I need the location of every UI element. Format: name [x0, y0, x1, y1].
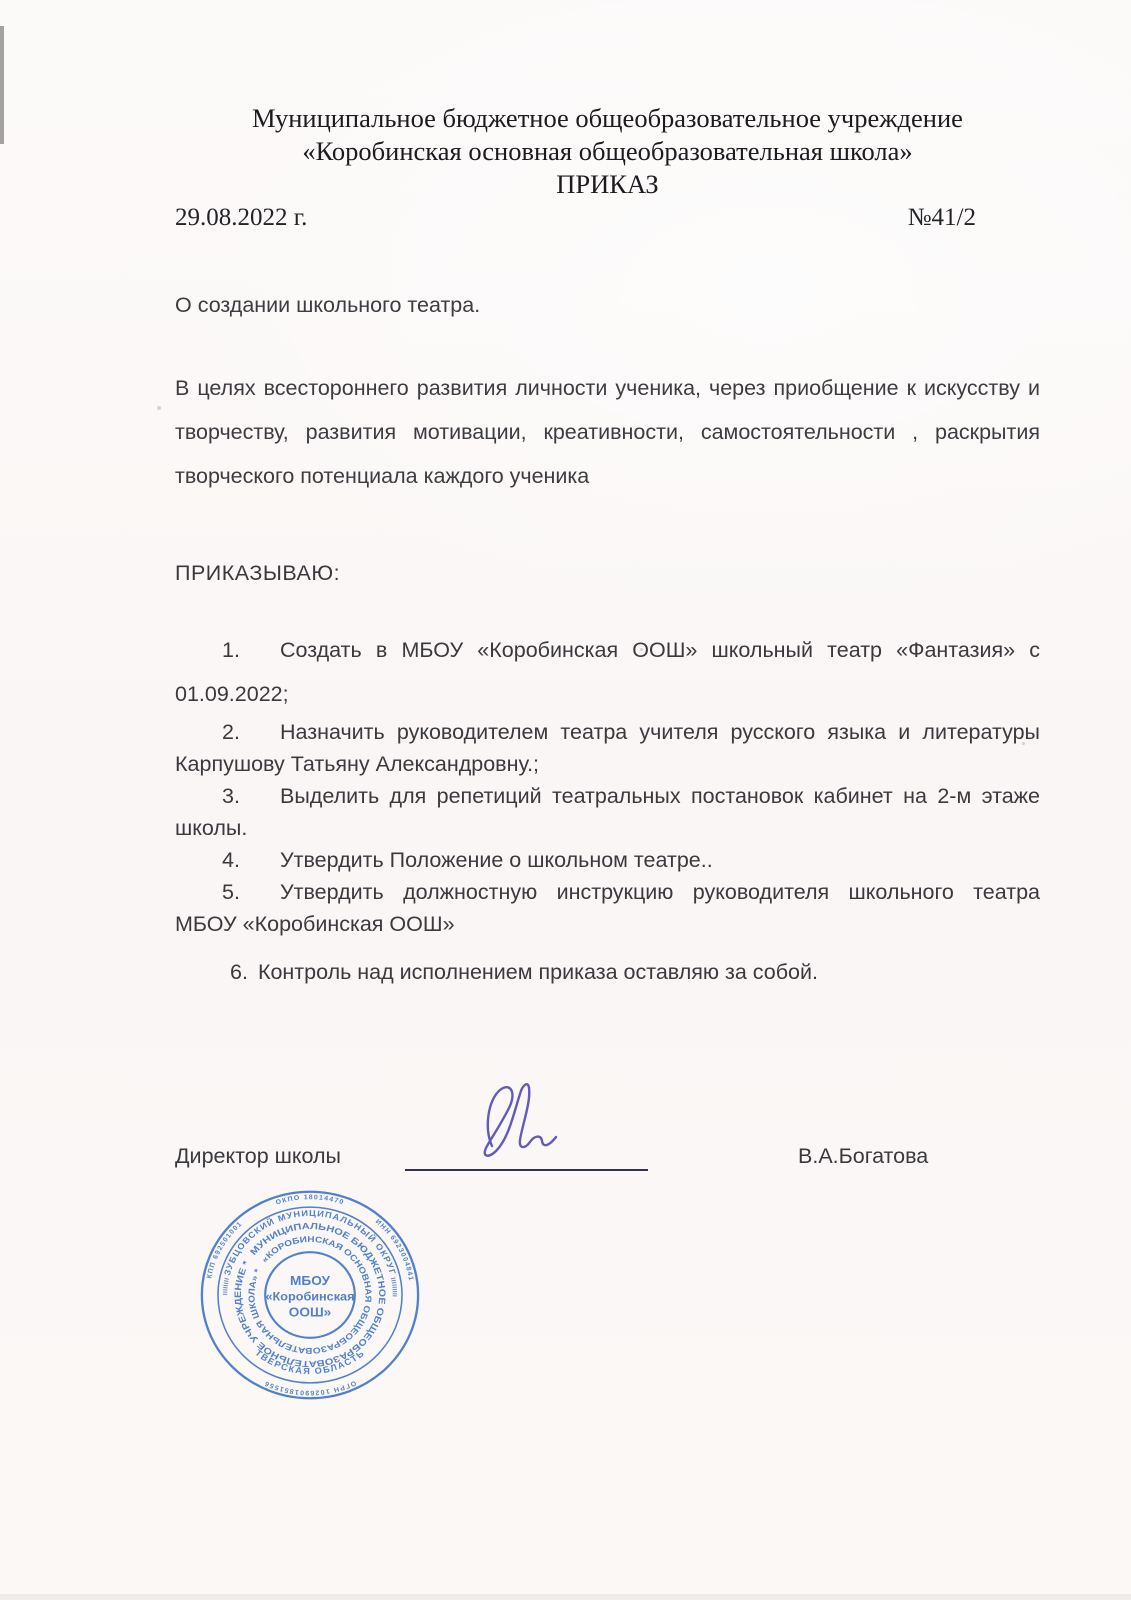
doc-number: №41/2 [908, 204, 976, 232]
order-item: 4.Утвердить Положение о школьном театре.… [175, 844, 1040, 876]
handwritten-signature [420, 1080, 660, 1175]
svg-text:IIIIIIIII: IIIIIIIII [389, 1277, 398, 1297]
document-header: Муниципальное бюджетное общеобразователь… [175, 0, 1040, 201]
stamp-center-line1: МБОУ [290, 1273, 331, 1288]
signatory-name: В.А.Богатова [798, 1144, 928, 1169]
item-text: Контроль над исполнением приказа оставля… [258, 960, 818, 984]
stamp-okpo-number: ОКПО 18014470 [275, 1194, 345, 1206]
svg-text:ОКПО 18014470: ОКПО 18014470 [275, 1194, 345, 1206]
stamp-hatch-right: IIIIIIIII [389, 1277, 398, 1297]
order-item: 1.Создать в МБОУ «Коробинская ООШ» школь… [175, 628, 1040, 716]
item-number: 1. [222, 628, 280, 672]
stamp-center-line2: «Коробинская [266, 1290, 355, 1304]
stamp-center-line3: ООШ» [289, 1305, 331, 1320]
item-text: Выделить для репетиций театральных поста… [175, 784, 1040, 840]
org-name-line1: Муниципальное бюджетное общеобразователь… [175, 102, 1040, 135]
item-text: Назначить руководителем театра учителя р… [175, 720, 1040, 776]
scan-bottom-shadow [0, 1594, 1131, 1600]
order-item: 2.Назначить руководителем театра учителя… [175, 716, 1040, 780]
item-number: 3. [222, 780, 280, 812]
scanned-order-page: Муниципальное бюджетное общеобразователь… [0, 0, 1131, 1600]
item-text: Создать в МБОУ «Коробинская ООШ» школьны… [175, 638, 1040, 706]
item-number: 5. [222, 876, 280, 908]
subject-line: О создании школьного театра. [175, 290, 1040, 320]
item-number: 6. [230, 956, 248, 988]
preamble-paragraph: В целях всестороннего развития личности … [175, 366, 1040, 498]
order-item: 5.Утвердить должностную инструкцию руков… [175, 876, 1040, 940]
item-number: 4. [222, 844, 280, 876]
document-body: Муниципальное бюджетное общеобразователь… [175, 0, 1040, 988]
order-item: 3.Выделить для репетиций театральных пос… [175, 780, 1040, 844]
item-text: Утвердить Положение о школьном театре.. [280, 848, 713, 872]
order-items: 1.Создать в МБОУ «Коробинская ООШ» школь… [175, 628, 1040, 988]
org-name-line2: «Коробинская основная общеобразовательна… [175, 135, 1040, 168]
date-number-row: 29.08.2022 г. №41/2 [175, 204, 1040, 232]
scan-speck [157, 406, 161, 410]
resolution-label: ПРИКАЗЫВАЮ: [175, 558, 1040, 588]
doc-date: 29.08.2022 г. [175, 204, 307, 232]
official-round-stamp: КПП 692501001 ОКПО 18014470 ИНН 69230048… [198, 1188, 422, 1402]
item-number: 2. [222, 716, 280, 748]
order-item: 6.Контроль над исполнением приказа остав… [175, 956, 1040, 988]
doc-type-title: ПРИКАЗ [175, 168, 1040, 201]
signatory-role: Директор школы [175, 1144, 341, 1169]
scan-edge-artifact [0, 26, 4, 144]
item-text: Утвердить должностную инструкцию руковод… [175, 880, 1040, 936]
